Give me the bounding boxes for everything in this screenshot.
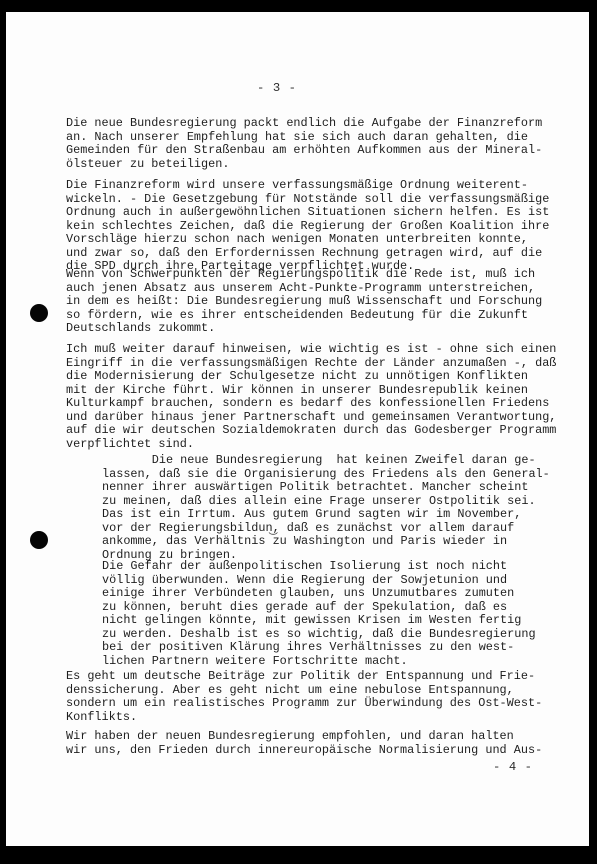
text-line: völlig überwunden. Wenn die Regierung de… <box>102 574 536 588</box>
text-line: mit der Kirche führt. Wir können in unse… <box>66 384 556 398</box>
text-line: zu meinen, daß dies allein eine Frage un… <box>102 495 550 509</box>
text-line: vor der Regierungsbildun͜, daß es zunäch… <box>102 522 550 536</box>
text-line: Die Gefahr der außenpolitischen Isolieru… <box>102 560 536 574</box>
paragraph-wissenschaft: Wenn von Schwerpunkten der Regierungspol… <box>66 268 542 336</box>
paragraph-schulgesetze: Ich muß weiter darauf hinweisen, wie wic… <box>66 343 556 451</box>
text-line: Ich muß weiter darauf hinweisen, wie wic… <box>66 343 556 357</box>
text-line: Es geht um deutsche Beiträge zur Politik… <box>66 670 542 684</box>
text-line: Wenn von Schwerpunkten der Regierungspol… <box>66 268 542 282</box>
text-line: lassen, daß sie die Organisierung des Fr… <box>102 468 550 482</box>
document-page: - 3 - Die neue Bundesregierung packt end… <box>6 12 589 846</box>
text-line: Kulturkampf brauchen, sondern es bedarf … <box>66 397 556 411</box>
text-line: Vorschläge hierzu schon nach wenigen Mon… <box>66 233 549 247</box>
text-line: verpflichtet sind. <box>66 438 556 452</box>
text-line: nenner ihrer auswärtigen Politik betrach… <box>102 481 550 495</box>
text-line: einige ihrer Verbündeten glauben, uns Un… <box>102 587 536 601</box>
punch-hole-lower <box>30 531 48 549</box>
text-line: und darüber hinaus jener Partnerschaft u… <box>66 411 556 425</box>
page-number-top: - 3 - <box>257 81 297 95</box>
text-line: wickeln. - Die Gesetzgebung für Notständ… <box>66 193 549 207</box>
text-line: zu können, beruht dies gerade auf der Sp… <box>102 601 536 615</box>
paragraph-notstaende: Die Finanzreform wird unsere verfassungs… <box>66 179 549 274</box>
text-line: auf die wir deutschen Sozialdemokraten d… <box>66 424 556 438</box>
paragraph-aussenpolitik: Die neue Bundesregierung hat keinen Zwei… <box>102 454 550 562</box>
text-line: Ordnung auch in außergewöhnlichen Situat… <box>66 206 549 220</box>
paragraph-isolierung: Die Gefahr der außenpolitischen Isolieru… <box>102 560 536 668</box>
text-line: die Modernisierung der Schulgesetze nich… <box>66 370 556 384</box>
text-line: Deutschlands zukommt. <box>66 322 542 336</box>
text-line: kein schlechtes Zeichen, daß die Regieru… <box>66 220 549 234</box>
text-line: Eingriff in die verfassungsmäßigen Recht… <box>66 357 556 371</box>
text-line: in dem es heißt: Die Bundesregierung muß… <box>66 295 542 309</box>
text-line: auch jenen Absatz aus unserem Acht-Punkt… <box>66 282 542 296</box>
text-line: sondern um ein realistisches Programm zu… <box>66 697 542 711</box>
text-line: Gemeinden für den Straßenbau am erhöhten… <box>66 144 542 158</box>
text-line: Die Finanzreform wird unsere verfassungs… <box>66 179 549 193</box>
page-number-next: - 4 - <box>493 760 533 774</box>
punch-hole-upper <box>30 304 48 322</box>
text-line: lichen Partnern weitere Fortschritte mac… <box>102 655 536 669</box>
paragraph-finanzreform: Die neue Bundesregierung packt endlich d… <box>66 117 542 171</box>
text-line: nicht gelingen könnte, mit gewissen Kris… <box>102 614 536 628</box>
text-line: Das ist ein Irrtum. Aus gutem Grund sagt… <box>102 508 550 522</box>
text-line: Wir haben der neuen Bundesregierung empf… <box>66 730 542 744</box>
text-line: ölsteuer zu beteiligen. <box>66 158 542 172</box>
text-line: so fördern, wie es ihrer entscheidenden … <box>66 309 542 323</box>
paragraph-normalisierung: Wir haben der neuen Bundesregierung empf… <box>66 730 542 757</box>
text-line: und zwar so, daß den Erfordernissen Rech… <box>66 247 549 261</box>
text-line: Die neue Bundesregierung packt endlich d… <box>66 117 542 131</box>
text-line: zu werden. Deshalb ist es so wichtig, da… <box>102 628 536 642</box>
text-line: an. Nach unserer Empfehlung hat sie sich… <box>66 131 542 145</box>
text-line: ankomme, das Verhältnis zu Washington un… <box>102 535 550 549</box>
text-line: denssicherung. Aber es geht nicht um ein… <box>66 684 542 698</box>
text-line: Die neue Bundesregierung hat keinen Zwei… <box>102 454 550 468</box>
text-line: wir uns, den Frieden durch innereuropäis… <box>66 744 542 758</box>
text-line: bei der positiven Klärung ihres Verhältn… <box>102 641 536 655</box>
paragraph-entspannung: Es geht um deutsche Beiträge zur Politik… <box>66 670 542 724</box>
text-line: Konflikts. <box>66 711 542 725</box>
